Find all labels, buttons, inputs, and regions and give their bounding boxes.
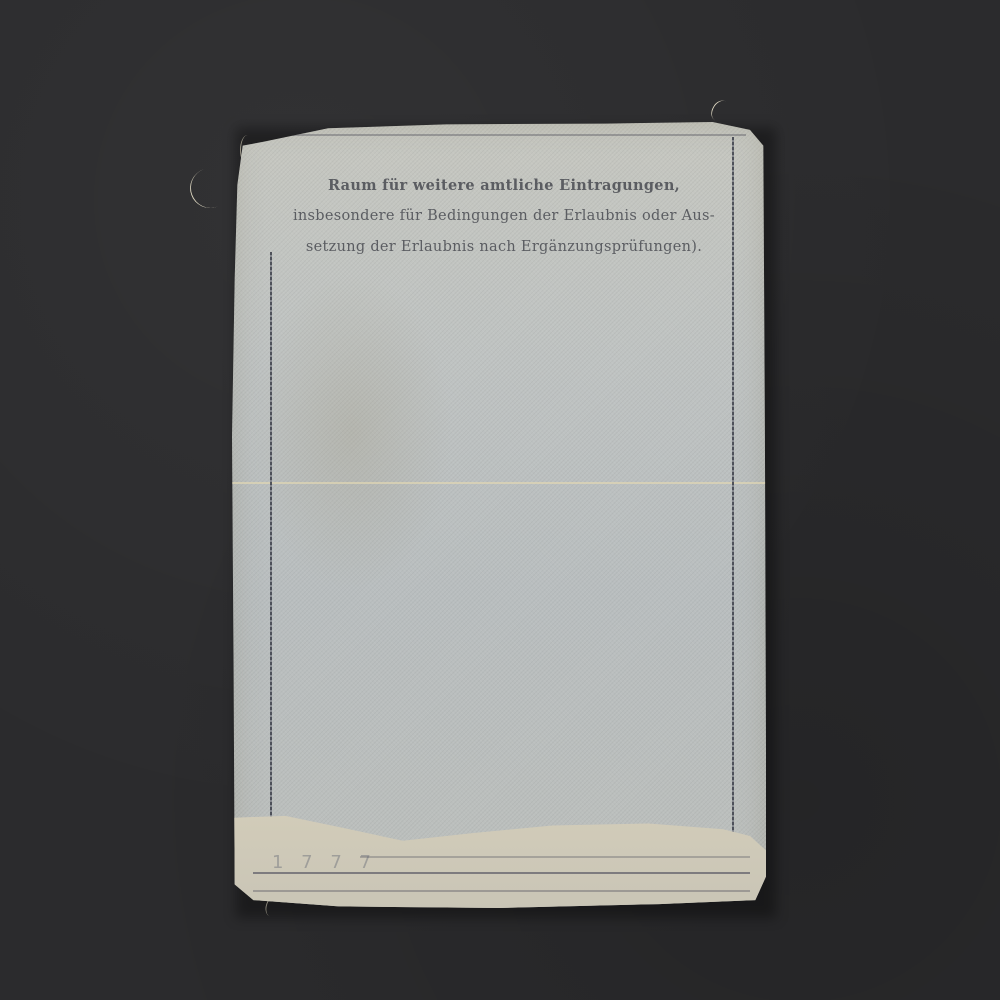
cloth-document: Raum für weitere amtliche Eintragungen, … — [232, 122, 766, 908]
printed-line — [253, 890, 750, 892]
fold-crease — [232, 482, 766, 484]
pencil-annotation: 1 7 7 7 — [272, 852, 377, 873]
printed-border-left — [270, 252, 272, 892]
printed-border-right — [732, 137, 734, 837]
document-heading: Raum für weitere amtliche Eintragungen, … — [282, 170, 726, 263]
heading-line-3: setzung der Erlaubnis nach Ergänzungsprü… — [282, 232, 726, 263]
printed-line — [360, 856, 750, 858]
heading-line-1: Raum für weitere amtliche Eintragungen, — [282, 170, 726, 201]
heading-line-2: insbesondere für Bedingungen der Erlaubn… — [282, 201, 726, 232]
top-hem — [262, 134, 746, 146]
age-stain — [252, 272, 452, 592]
